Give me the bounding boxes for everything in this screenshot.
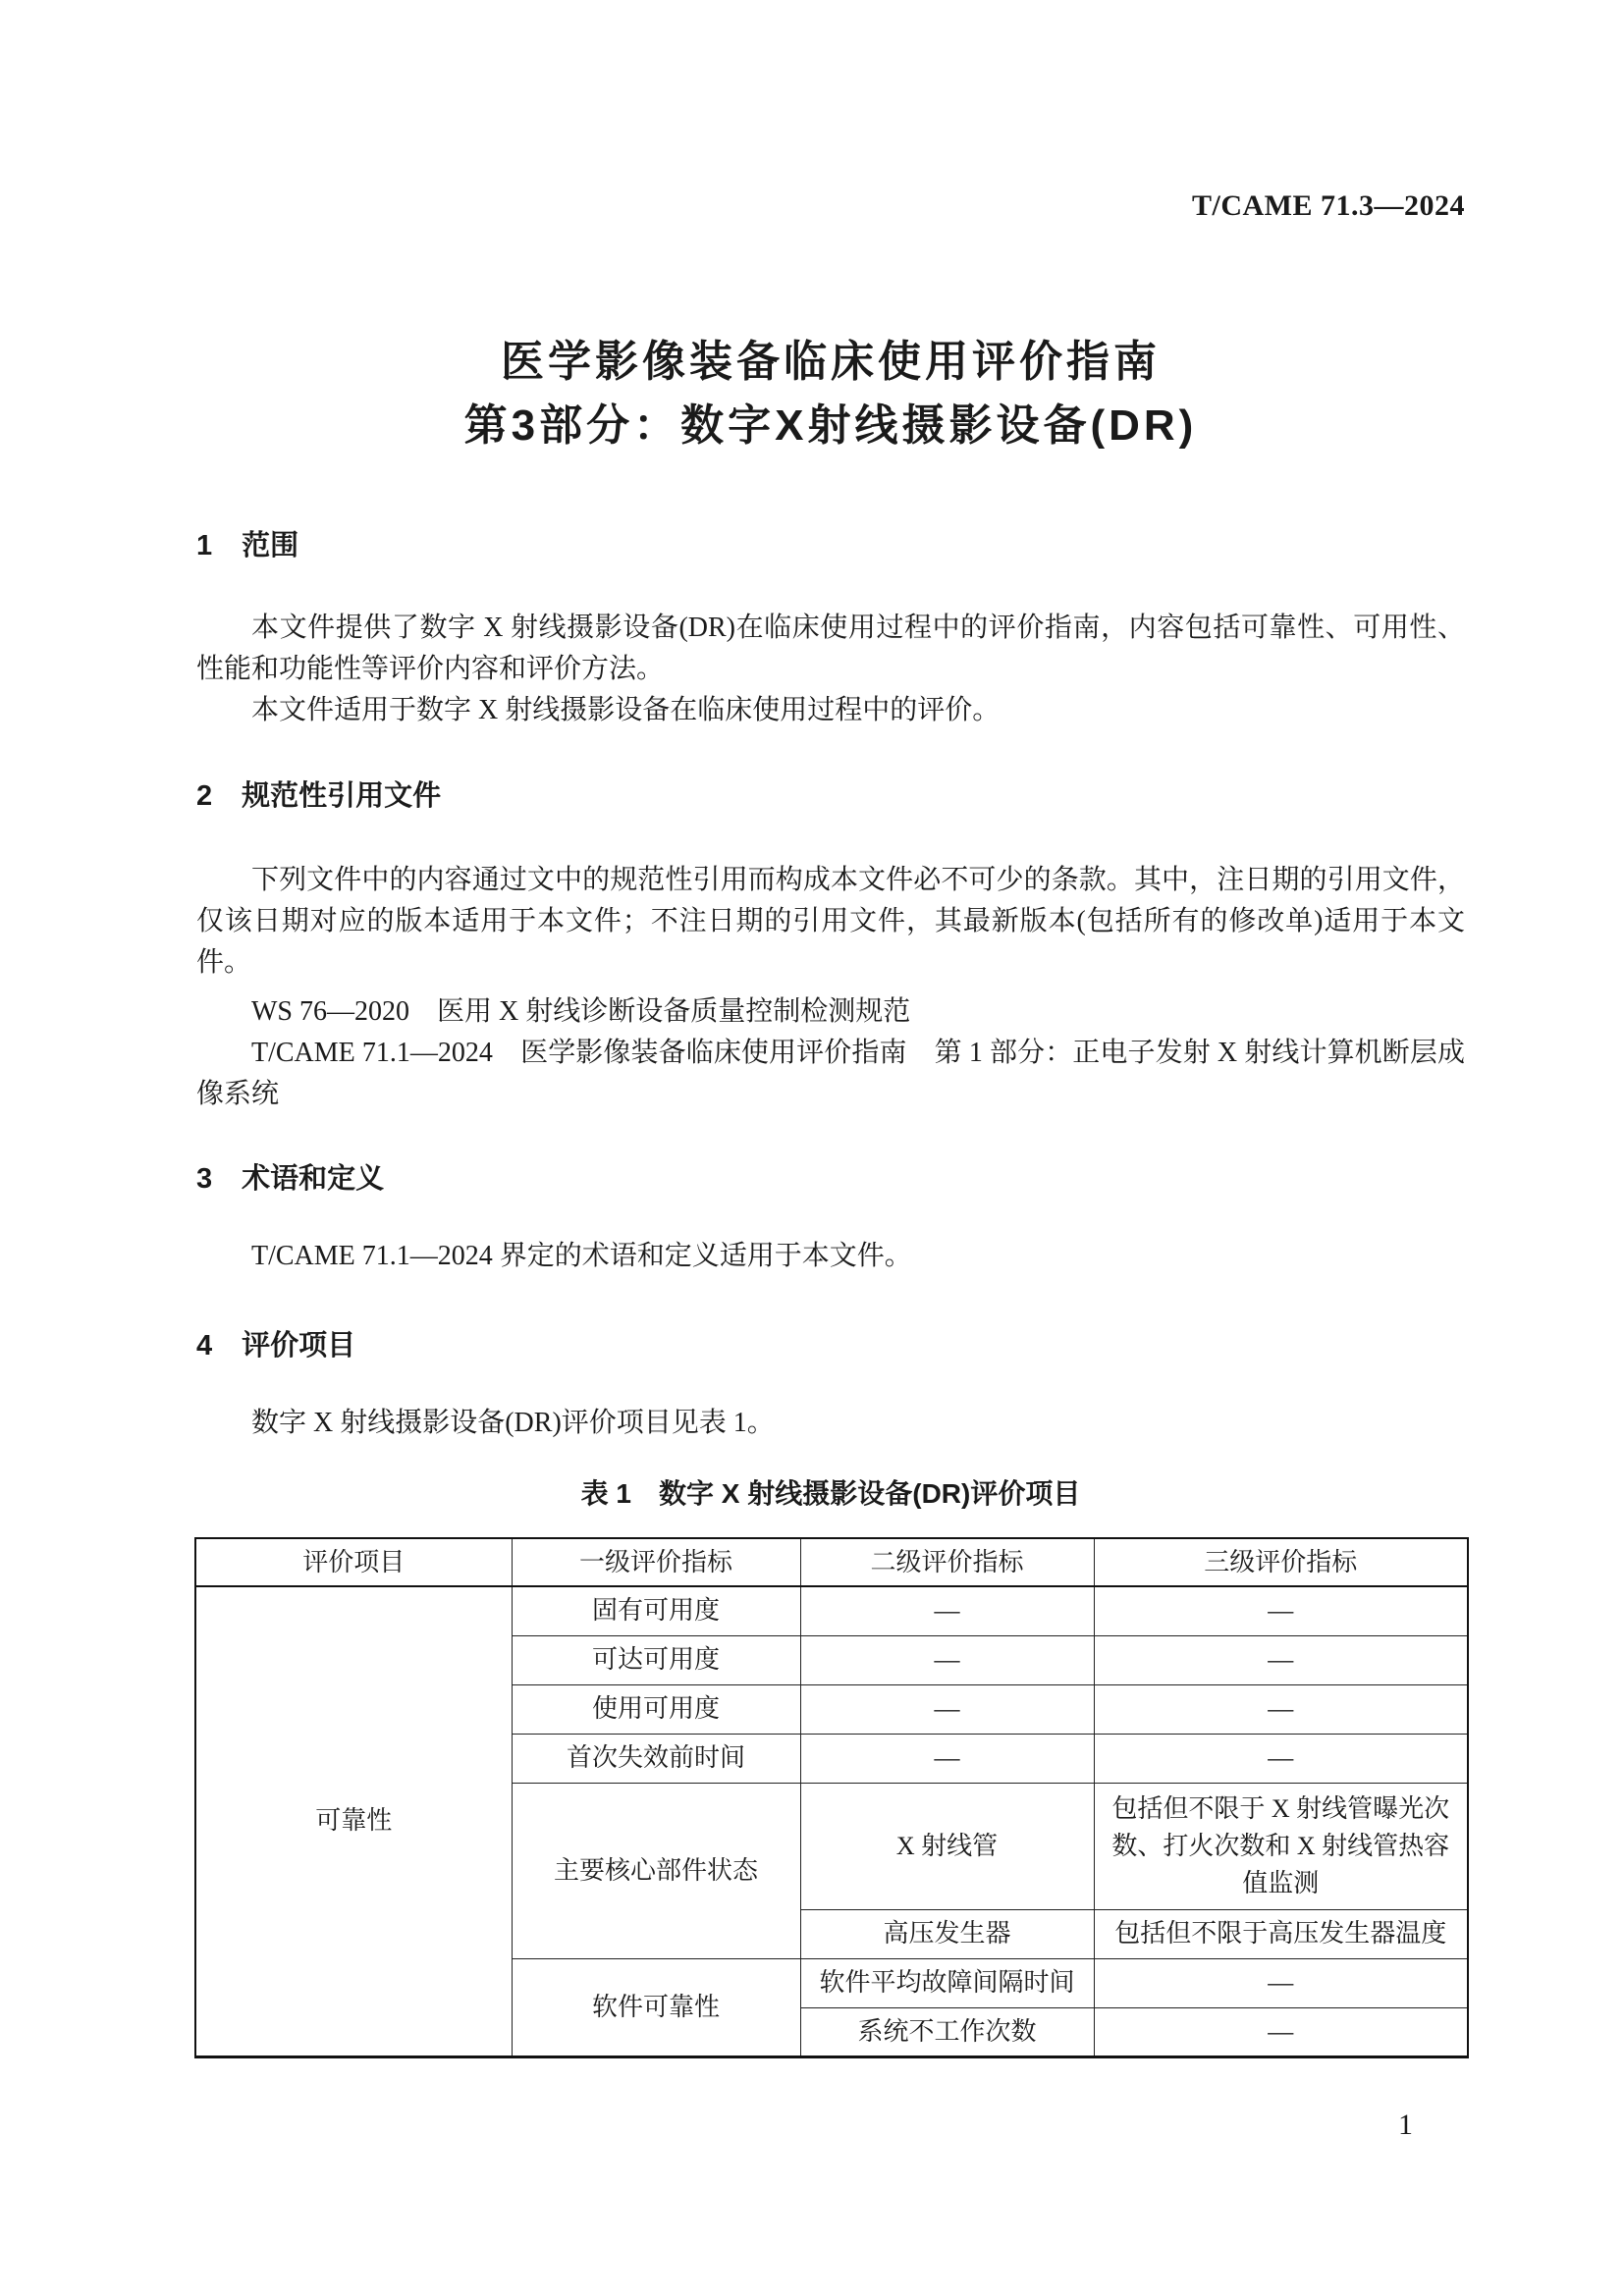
table-header-cell: 一级评价指标 (512, 1538, 800, 1586)
table-cell: — (1094, 1635, 1468, 1684)
table-header-cell: 三级评价指标 (1094, 1538, 1468, 1586)
document-title-line1: 医学影像装备临床使用评价指南 (196, 330, 1465, 394)
table-header-row: 评价项目 一级评价指标 二级评价指标 三级评价指标 (195, 1538, 1468, 1586)
clause-2-body: 下列文件中的内容通过文中的规范性引用而构成本文件必不可少的条款。其中，注日期的引… (196, 860, 1465, 1115)
document-page: T/CAME 71.3—2024 医学影像装备临床使用评价指南 第3部分：数字X… (0, 0, 1624, 2296)
table-cell: — (800, 1684, 1094, 1734)
standard-code: T/CAME 71.3—2024 (196, 189, 1465, 223)
paragraph: T/CAME 71.1—2024 界定的术语和定义适用于本文件。 (196, 1236, 1465, 1277)
clause-4-number: 4 (196, 1329, 212, 1362)
reference-item: T/CAME 71.1—2024 医学影像装备临床使用评价指南 第 1 部分：正… (196, 1033, 1465, 1115)
table-cell: — (1094, 2007, 1468, 2056)
table-cell: 软件平均故障间隔时间 (800, 1958, 1094, 2007)
table-header-cell: 二级评价指标 (800, 1538, 1094, 1586)
clause-2-heading: 2规范性引用文件 (196, 779, 1465, 813)
clause-3-title: 术语和定义 (242, 1163, 384, 1195)
table-1-caption: 表 1 数字 X 射线摄影设备(DR)评价项目 (196, 1475, 1465, 1513)
table-cell: — (800, 1734, 1094, 1783)
table-cell: 系统不工作次数 (800, 2007, 1094, 2056)
paragraph: 数字 X 射线摄影设备(DR)评价项目见表 1。 (196, 1403, 1465, 1444)
clause-4-title: 评价项目 (242, 1330, 355, 1362)
clause-3-heading: 3术语和定义 (196, 1162, 1465, 1196)
clause-3-body: T/CAME 71.1—2024 界定的术语和定义适用于本文件。 (196, 1236, 1465, 1277)
clause-3-number: 3 (196, 1162, 212, 1196)
paragraph: 本文件适用于数字 X 射线摄影设备在临床使用过程中的评价。 (196, 690, 1465, 731)
clause-2-number: 2 (196, 779, 212, 813)
reference-item: WS 76—2020 医用 X 射线诊断设备质量控制检测规范 (196, 991, 1465, 1033)
page-number: 1 (1398, 2109, 1413, 2142)
clause-1-title: 范围 (242, 530, 298, 561)
table-cell: 软件可靠性 (512, 1958, 800, 2056)
evaluation-items-table: 评价项目 一级评价指标 二级评价指标 三级评价指标 可靠性 固有可用度 — — … (194, 1537, 1469, 2058)
table-cell: 包括但不限于高压发生器温度 (1094, 1909, 1468, 1958)
clause-1-heading: 1范围 (196, 529, 1465, 562)
table-cell: — (800, 1586, 1094, 1635)
table-cell: — (1094, 1734, 1468, 1783)
clause-2-title: 规范性引用文件 (242, 780, 441, 812)
table-cell: 首次失效前时间 (512, 1734, 800, 1783)
paragraph: 下列文件中的内容通过文中的规范性引用而构成本文件必不可少的条款。其中，注日期的引… (196, 860, 1465, 984)
table-cell: 固有可用度 (512, 1586, 800, 1635)
table-row: 可靠性 固有可用度 — — (195, 1586, 1468, 1635)
clause-4-body: 数字 X 射线摄影设备(DR)评价项目见表 1。 (196, 1403, 1465, 1444)
table-cell: — (1094, 1958, 1468, 2007)
table-cell: 高压发生器 (800, 1909, 1094, 1958)
clause-1-body: 本文件提供了数字 X 射线摄影设备(DR)在临床使用过程中的评价指南，内容包括可… (196, 608, 1465, 731)
table-cell: — (1094, 1684, 1468, 1734)
document-title: 医学影像装备临床使用评价指南 第3部分：数字X射线摄影设备(DR) (196, 330, 1465, 457)
table-cell-category: 可靠性 (195, 1586, 512, 2056)
reference-list: WS 76—2020 医用 X 射线诊断设备质量控制检测规范 T/CAME 71… (196, 991, 1465, 1115)
document-title-line2: 第3部分：数字X射线摄影设备(DR) (196, 394, 1465, 457)
clause-1-number: 1 (196, 529, 212, 562)
table-cell: — (1094, 1586, 1468, 1635)
table-cell: 使用可用度 (512, 1684, 800, 1734)
table-cell: — (800, 1635, 1094, 1684)
table-cell: 主要核心部件状态 (512, 1783, 800, 1958)
table-cell: 包括但不限于 X 射线管曝光次数、打火次数和 X 射线管热容值监测 (1094, 1783, 1468, 1909)
paragraph: 本文件提供了数字 X 射线摄影设备(DR)在临床使用过程中的评价指南，内容包括可… (196, 608, 1465, 690)
table-header-cell: 评价项目 (195, 1538, 512, 1586)
table-cell: 可达可用度 (512, 1635, 800, 1684)
clause-4-heading: 4评价项目 (196, 1329, 1465, 1362)
table-cell: X 射线管 (800, 1783, 1094, 1909)
